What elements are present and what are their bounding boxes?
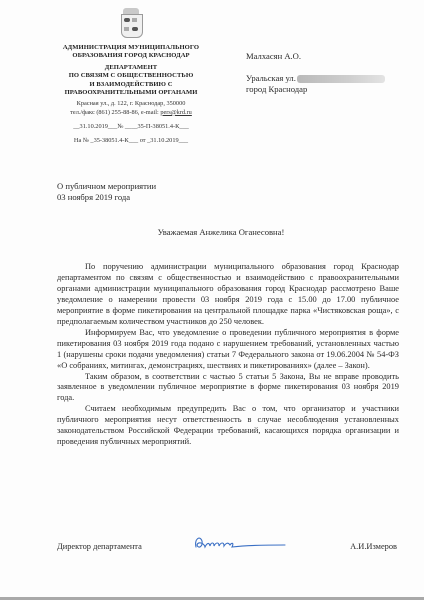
org-name-line: АДМИНИСТРАЦИЯ МУНИЦИПАЛЬНОГО xyxy=(50,44,212,52)
subject-block: О публичном мероприятии 03 ноября 2019 г… xyxy=(57,181,156,203)
letter-body: По поручению администрации муниципальног… xyxy=(57,262,399,448)
incoming-reference: На № _35-38051.4-К___ от _31.10.2019___ xyxy=(50,137,212,145)
addressee-block: Малхасян А.О. Уральская ул. город Красно… xyxy=(246,51,385,95)
body-paragraph: Информируем Вас, что уведомление о прове… xyxy=(57,328,399,372)
department-name: ДЕПАРТАМЕНТ ПО СВЯЗЯМ С ОБЩЕСТВЕННОСТЬЮ … xyxy=(50,64,212,98)
salutation: Уважаемая Анжелика Оганесовна! xyxy=(0,227,424,237)
addressee-street: Уральская ул. xyxy=(246,73,296,83)
redacted-address-blur xyxy=(297,75,385,83)
postal-address: Красная ул., д. 122, г. Краснодар, 35000… xyxy=(50,100,212,108)
department-line: ПРАВООХРАНИТЕЛЬНЫМИ ОРГАНАМИ xyxy=(50,89,212,97)
addressee-name: Малхасян А.О. xyxy=(246,51,385,62)
signatory-name: А.И.Измеров xyxy=(350,542,397,551)
body-paragraph: По поручению администрации муниципальног… xyxy=(57,262,399,328)
signature-block: Директор департамента А.И.Измеров xyxy=(57,542,397,556)
subject-date: 03 ноября 2019 года xyxy=(57,192,156,203)
contact-info: Красная ул., д. 122, г. Краснодар, 35000… xyxy=(50,100,212,116)
coat-of-arms-icon xyxy=(120,8,142,38)
phone-fax: тел./факс (861) 255-88-86, e-mail: xyxy=(70,109,160,116)
department-line: И ВЗАИМОДЕЙСТВИЮ С xyxy=(50,81,212,89)
handwritten-signature-icon xyxy=(192,533,288,555)
subject-line: О публичном мероприятии xyxy=(57,181,156,192)
department-line: ДЕПАРТАМЕНТ xyxy=(50,64,212,72)
body-paragraph: Таким образом, в соответствии с частью 5… xyxy=(57,372,399,405)
phone-email-line: тел./факс (861) 255-88-86, e-mail: pers@… xyxy=(50,109,212,117)
org-name: АДМИНИСТРАЦИЯ МУНИЦИПАЛЬНОГО ОБРАЗОВАНИЯ… xyxy=(50,44,212,61)
signatory-title: Директор департамента xyxy=(57,542,142,551)
addressee-city: город Краснодар xyxy=(246,84,385,95)
org-name-line: ОБРАЗОВАНИЯ ГОРОД КРАСНОДАР xyxy=(50,52,212,60)
department-line: ПО СВЯЗЯМ С ОБЩЕСТВЕННОСТЬЮ xyxy=(50,72,212,80)
outgoing-reference: __31.10.2019___№ ____35-П-38051.4-К___ xyxy=(50,123,212,131)
letterhead: АДМИНИСТРАЦИЯ МУНИЦИПАЛЬНОГО ОБРАЗОВАНИЯ… xyxy=(50,8,212,145)
addressee-street-line: Уральская ул. xyxy=(246,73,385,84)
letter-page: АДМИНИСТРАЦИЯ МУНИЦИПАЛЬНОГО ОБРАЗОВАНИЯ… xyxy=(0,0,424,598)
email-link[interactable]: pers@krd.ru xyxy=(160,109,192,116)
body-paragraph: Считаем необходимым предупредить Вас о т… xyxy=(57,404,399,448)
